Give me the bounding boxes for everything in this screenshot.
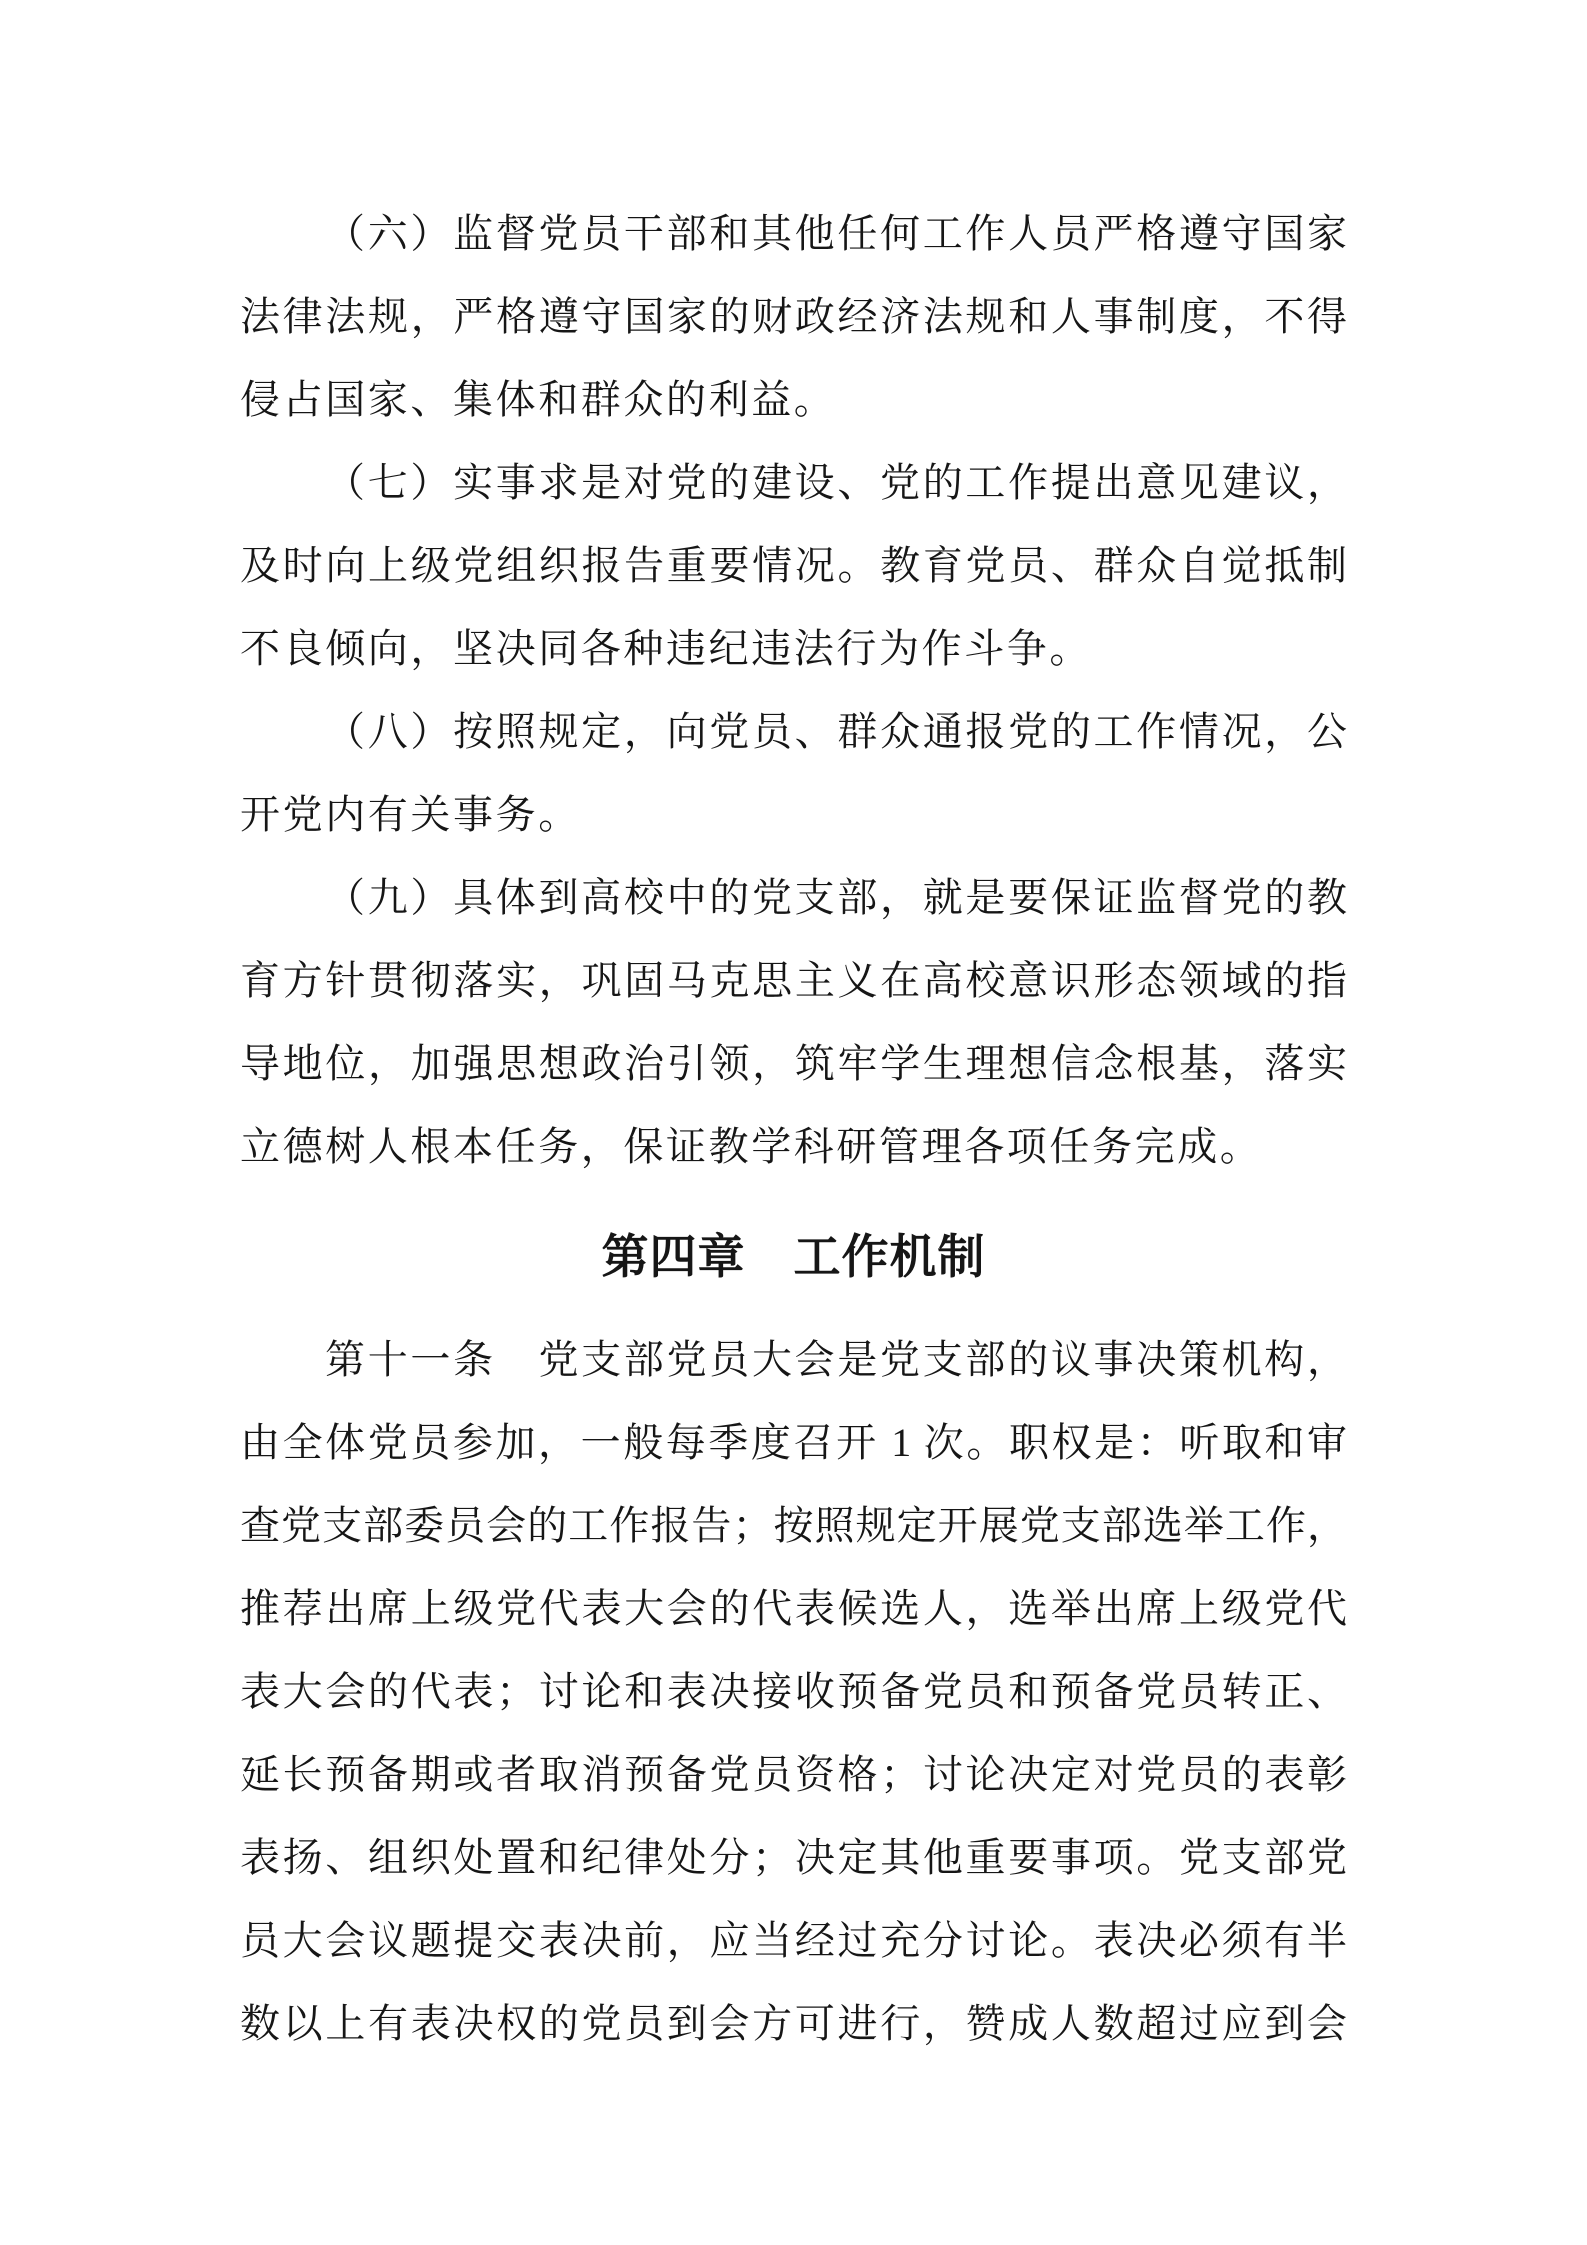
text-line: （七）实事求是对党的建设、党的工作提出意见建议， (240, 441, 1347, 524)
text-line: （九）具体到高校中的党支部，就是要保证监督党的教 (240, 856, 1347, 939)
text-line: 育方针贯彻落实，巩固马克思主义在高校意识形态领域的指 (240, 939, 1347, 1022)
article-11: 第十一条 党支部党员大会是党支部的议事决策机构，由全体党员参加，一般每季度召开 … (240, 1318, 1347, 2065)
text-line: 表扬、组织处置和纪律处分；决定其他重要事项。党支部党 (240, 1816, 1347, 1899)
text-line: 导地位，加强思想政治引领，筑牢学生理想信念根基，落实 (240, 1022, 1347, 1105)
text-line: 数以上有表决权的党员到会方可进行，赞成人数超过应到会 (240, 1982, 1347, 2065)
document-page: （六）监督党员干部和其他任何工作人员严格遵守国家法律法规，严格遵守国家的财政经济… (0, 0, 1587, 2245)
clause-item-9: （九）具体到高校中的党支部，就是要保证监督党的教育方针贯彻落实，巩固马克思主义在… (240, 856, 1347, 1188)
text-line: （六）监督党员干部和其他任何工作人员严格遵守国家 (240, 192, 1347, 275)
chapter-4-heading: 第四章 工作机制 (240, 1215, 1347, 1298)
text-line: 查党支部委员会的工作报告；按照规定开展党支部选举工作， (240, 1484, 1347, 1567)
text-line: 立德树人根本任务，保证教学科研管理各项任务完成。 (240, 1105, 1347, 1188)
text-line: 表大会的代表；讨论和表决接收预备党员和预备党员转正、 (240, 1650, 1347, 1733)
document-body: （六）监督党员干部和其他任何工作人员严格遵守国家法律法规，严格遵守国家的财政经济… (240, 192, 1347, 2065)
text-line: 不良倾向，坚决同各种违纪违法行为作斗争。 (240, 607, 1347, 690)
text-line: 法律法规，严格遵守国家的财政经济法规和人事制度，不得 (240, 275, 1347, 358)
clause-item-8: （八）按照规定，向党员、群众通报党的工作情况，公开党内有关事务。 (240, 690, 1347, 856)
text-line: 侵占国家、集体和群众的利益。 (240, 358, 1347, 441)
clause-item-6: （六）监督党员干部和其他任何工作人员严格遵守国家法律法规，严格遵守国家的财政经济… (240, 192, 1347, 441)
text-line: （八）按照规定，向党员、群众通报党的工作情况，公 (240, 690, 1347, 773)
text-line: 开党内有关事务。 (240, 773, 1347, 856)
text-line: 推荐出席上级党代表大会的代表候选人，选举出席上级党代 (240, 1567, 1347, 1650)
clause-item-7: （七）实事求是对党的建设、党的工作提出意见建议，及时向上级党组织报告重要情况。教… (240, 441, 1347, 690)
text-line: 及时向上级党组织报告重要情况。教育党员、群众自觉抵制 (240, 524, 1347, 607)
text-line: 由全体党员参加，一般每季度召开 1 次。职权是：听取和审 (240, 1401, 1347, 1484)
text-line: 延长预备期或者取消预备党员资格；讨论决定对党员的表彰 (240, 1733, 1347, 1816)
text-line: 第十一条 党支部党员大会是党支部的议事决策机构， (240, 1318, 1347, 1401)
text-line: 员大会议题提交表决前，应当经过充分讨论。表决必须有半 (240, 1899, 1347, 1982)
